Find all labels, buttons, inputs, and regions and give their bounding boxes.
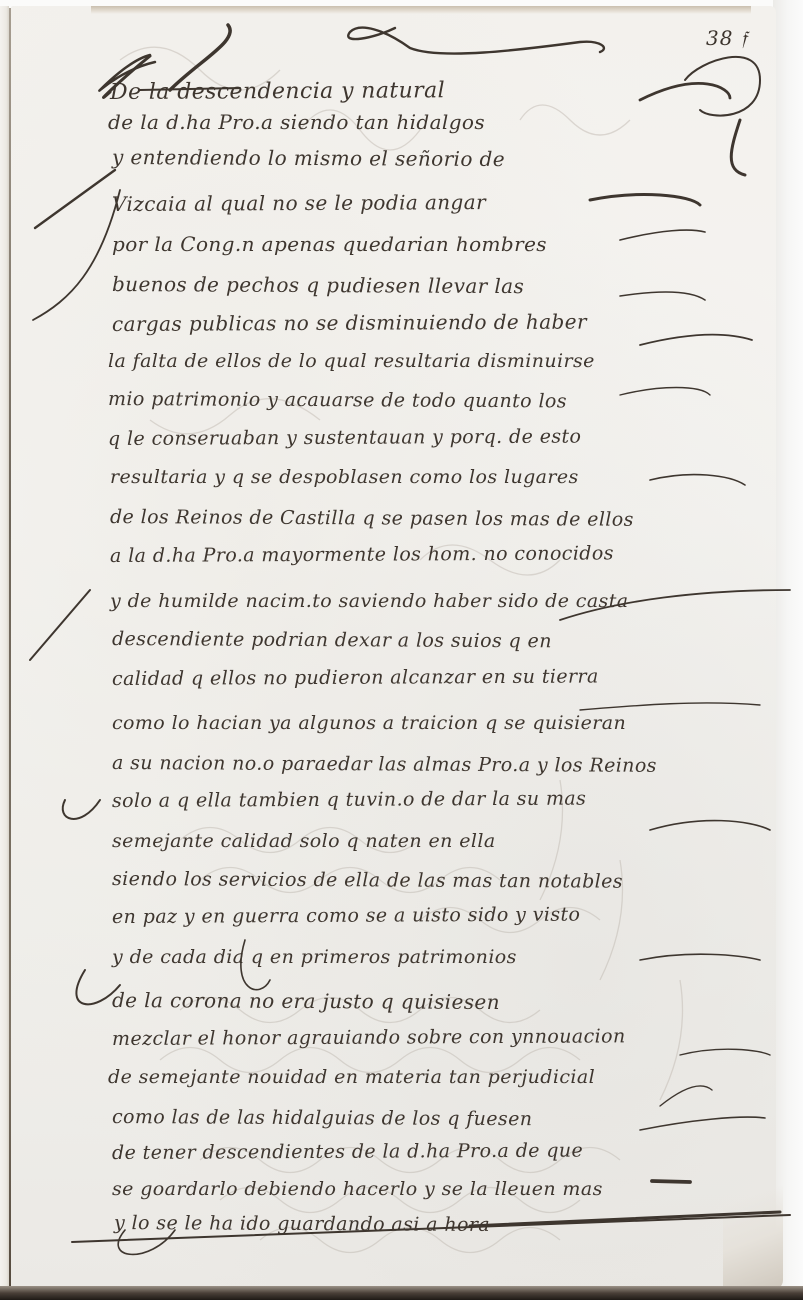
manuscript-line: y de humilde nacim.to saviendo haber sid… [110, 590, 628, 612]
manuscript-line: solo a q ella tambien q tuvin.o de dar l… [112, 788, 586, 812]
manuscript-line: de la d.ha Pro.a siendo tan hidalgos [108, 110, 485, 134]
manuscript-line: siendo los servicios de ella de las mas … [112, 868, 623, 893]
manuscript-line: y lo se le ha ido guardando asi a hora [114, 1212, 490, 1236]
manuscript-line: descendiente podrian dexar a los suios q… [112, 628, 552, 652]
manuscript-line: se goardarlo debiendo hacerlo y se la ll… [112, 1178, 603, 1200]
manuscript-text-body: De la descendencia y naturalde la d.ha P… [0, 0, 803, 1300]
manuscript-line: y entendiendo lo mismo el señorio de [112, 145, 505, 171]
manuscript-line: resultaria y q se despoblasen como los l… [110, 466, 579, 488]
manuscript-line: mezclar el honor agrauiando sobre con yn… [112, 1025, 626, 1050]
manuscript-line: mio patrimonio y acauarse de todo quanto… [108, 388, 567, 412]
manuscript-line: calidad q ellos no pudieron alcanzar en … [112, 665, 599, 690]
manuscript-line: la falta de ellos de lo qual resultaria … [108, 350, 595, 372]
manuscript-line: cargas publicas no se disminuiendo de ha… [112, 310, 587, 336]
manuscript-line: y de cada dia q en primeros patrimonios [112, 946, 517, 968]
manuscript-line: semejante calidad solo q naten en ella [112, 830, 496, 852]
manuscript-line: por la Cong.n apenas quedarian hombres [112, 232, 547, 256]
manuscript-line: De la descendencia y natural [110, 78, 445, 105]
manuscript-scan: 38 𝔣 De la descendencia y naturalde la d… [0, 0, 803, 1300]
manuscript-line: como lo hacian ya algunos a traicion q s… [112, 712, 626, 734]
manuscript-line: de tener descendientes de la d.ha Pro.a … [112, 1140, 583, 1164]
manuscript-line: Vizcaia al qual no se le podia angar [112, 190, 486, 216]
manuscript-line: a su nacion no.o paraedar las almas Pro.… [112, 752, 657, 777]
manuscript-line: buenos de pechos q pudiesen llevar las [112, 272, 524, 298]
manuscript-line: de los Reinos de Castilla q se pasen los… [110, 506, 634, 531]
manuscript-line: q le conseruaban y sustentauan y porq. d… [108, 426, 581, 450]
manuscript-line: en paz y en guerra como se a uisto sido … [112, 904, 580, 928]
manuscript-line: a la d.ha Pro.a mayormente los hom. no c… [110, 542, 614, 567]
manuscript-line: de semejante nouidad en materia tan perj… [108, 1066, 595, 1088]
manuscript-line: como las de las hidalguias de los q fues… [112, 1106, 533, 1130]
manuscript-line: de la corona no era justo q quisiesen [112, 988, 500, 1014]
